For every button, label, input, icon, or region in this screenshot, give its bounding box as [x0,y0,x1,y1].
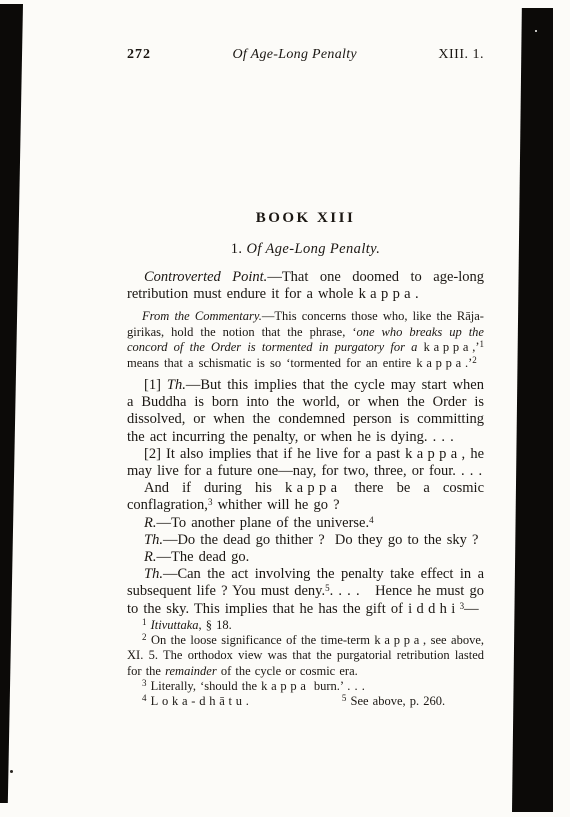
footnote-ref-4: 4 [369,515,374,525]
section-reference: XIII. 1. [438,47,484,63]
dialogue-paragraph-3: And if during his kappa there be a cosmi… [127,480,484,514]
pali-term-kappa: kappa [374,633,423,647]
footnotes-block: 1 Itivuttaka, § 18. 2 On the loose signi… [127,618,484,709]
footnote-4: 4 Loka-dhātu. [142,694,249,708]
speaker-abbrev: R. [144,515,156,531]
dialogue-paragraph-4: R.—To another plane of the universe.4 [127,515,484,532]
book-heading: BOOK XIII [127,210,484,227]
speaker-abbrev: Th. [144,566,163,582]
chapter-heading: 1. Of Age-Long Penalty. [127,241,484,258]
dialogue-paragraph-2: [2] It also implies that if he live for … [127,446,484,480]
commentary-paragraph: From the Commentary.—This concerns those… [127,309,484,371]
main-text-block: [1] Th.—But this implies that the cycle … [127,377,484,618]
scan-gutter-right [512,8,553,812]
footnote-2: 2 On the loose significance of the time-… [127,633,484,679]
commentary-block: From the Commentary.—This concerns those… [127,309,484,371]
controverted-point-paragraph: Controverted Point.—That one doomed to a… [127,269,484,303]
pali-term-kappa: kappa [285,480,341,496]
scan-gutter-left [0,4,23,803]
pali-term-loka-dhatu: Loka-dhātu [151,694,246,708]
dialogue-paragraph-7: Th.—Can the act involving the penalty ta… [127,566,484,618]
page-number: 272 [127,47,151,63]
scanned-book-page: 272 Of Age-Long Penalty XIII. 1. BOOK XI… [0,0,570,817]
pali-term-iddhi: iddhi [408,601,460,617]
chapter-title: Of Age-Long Penalty. [246,241,380,257]
page-header: 272 Of Age-Long Penalty XIII. 1. [127,47,484,63]
speaker-abbrev: Th. [144,532,163,548]
scan-speck [10,770,13,773]
pali-term-kappa: kappa [405,446,461,462]
controverted-point-block: Controverted Point.—That one doomed to a… [127,269,484,303]
footnote-ref-2: 2 [472,355,477,365]
dialogue-paragraph-5: Th.—Do the dead go thither ? Do they go … [127,532,484,549]
footnote-ref-1: 1 [480,339,485,349]
footnote-5: 5 See above, p. 260. [327,694,445,709]
pali-term-kappa: kappa [416,356,465,370]
pali-term-kappa: kappa [261,679,310,693]
dialogue-paragraph-1: [1] Th.—But this implies that the cycle … [127,377,484,446]
dialogue-paragraph-6: R.—The dead go. [127,549,484,566]
chapter-number: 1. [231,241,247,257]
pali-term-kappa: kappa [424,340,473,354]
scan-speck [535,30,537,32]
footnote-3: 3 Literally, ‘should the kappa burn.’ . … [127,679,484,694]
footnote-4-5-row: 4 Loka-dhātu.5 See above, p. 260. [127,694,484,709]
footnote-1: 1 Itivuttaka, § 18. [127,618,484,633]
running-title: Of Age-Long Penalty [151,47,438,63]
speaker-abbrev: Th. [167,377,186,393]
speaker-abbrev: R. [144,549,156,565]
pali-term-kappa: kappa [359,286,415,302]
